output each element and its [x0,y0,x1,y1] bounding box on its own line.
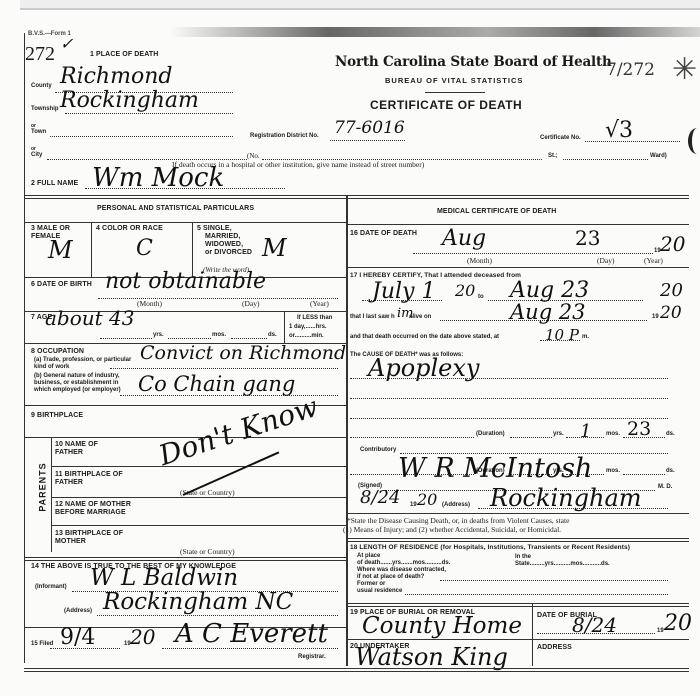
rule [284,311,285,343]
death-month-value: Aug [442,226,486,251]
place-of-death-label: 1 PLACE OF DEATH [90,51,158,58]
certificate-no-label: Certificate No. [540,135,581,141]
where-contracted-label: Where was disease contracted, [357,567,446,573]
rule [346,603,689,607]
less-than-label: If LESS than [289,315,332,321]
race-value: C [136,236,153,261]
city-label: City [31,152,42,158]
medical-section-title: MEDICAL CERTIFICATE OF DEATH [437,208,556,215]
certify-label: 17 I HEREBY CERTIFY, That I attended dec… [350,272,521,279]
marital-label-line: MARRIED, [197,233,252,241]
month-caption: (Month) [467,256,492,265]
rule [346,224,689,225]
county-label: County [31,83,52,89]
township-value: Rockingham [60,88,199,113]
usual-residence-label: usual residence [357,588,402,594]
undertaker-address-label: ADDRESS [537,644,572,651]
death-date-line [413,253,653,254]
mos-label: mos. [606,431,620,437]
informant-value: W L Baldwin [90,565,238,591]
occupation-b-label: (b) General nature of industry, business… [34,373,134,394]
address-line [97,615,338,616]
attended-from-value: July 1 [372,279,435,304]
signed-year-value: 20 [417,490,437,509]
checkmark-icon: ✓ [60,34,73,53]
year-caption: (Year) [644,256,663,265]
contrib-ds-line [623,474,665,475]
cause-line-2 [350,398,668,399]
certificate-title: CERTIFICATE OF DEATH [370,98,522,112]
last-saw-year-value: 20 [660,303,682,323]
in-the-label: In the [515,554,531,560]
marital-label: 5 SINGLE, MARRIED, WIDOWED, or DIVORCED [197,225,252,257]
marital-label-line: 5 SINGLE, [197,225,252,233]
address-label: (Address) [64,608,92,614]
mos-label: mos. [606,468,620,474]
yrs-label: yrs. [153,332,164,338]
attended-to-year: 20 [660,280,683,301]
town-line [50,136,233,137]
township-label: Township [31,106,59,112]
mos-label: mos. [212,332,226,338]
last-saw-date-value: Aug 23 [510,300,586,324]
year-caption: (Year) [310,299,329,308]
last-saw-label: that I last saw h [350,314,395,320]
yrs-label: yrs. [553,431,564,437]
file-number: 272 [25,43,55,66]
occupation-a-value: Convict on Richmond [140,342,346,364]
filed-label: 15 Filed [31,641,53,647]
scan-top-edge [20,0,700,10]
title-rule [425,92,485,93]
ward-line [563,159,648,160]
where-contracted-label-2: if not at place of death? [357,574,424,580]
signed-date-value: 8/24 [360,487,400,508]
ds-label: ds. [666,468,675,474]
rule [51,437,52,552]
ds-line [231,338,267,339]
address-label: (Address) [442,502,470,508]
contributory-label: Contributory [360,447,396,453]
informant-label: (Informant) [35,584,67,590]
less-than-hrs: 1 day,......hrs. [289,324,327,330]
year-prefix: 19 [652,314,659,320]
death-time-label: and that death occurred on the date abov… [350,334,499,340]
death-year-value: 20 [660,232,685,256]
year-prefix: 19 [657,628,664,634]
cause-line-3 [350,418,668,419]
no-label: (No. [247,152,260,160]
former-label: Former or [357,581,385,587]
alive-on-label: alive on [409,314,431,320]
rule [91,222,92,277]
registration-district-value: 77-6016 [334,118,405,138]
mos-line [168,338,211,339]
duration-ds-value: 23 [627,418,651,440]
undertaker-value: Watson King [355,643,508,671]
state-row: State.........yrs..........mos..........… [515,561,610,567]
ds-label: ds. [268,332,277,338]
parents-vertical-label: PARENTS [38,462,48,511]
death-day-value: 23 [575,226,600,250]
scan-smudge [170,27,700,37]
rule [346,668,689,672]
burial-place-value: County Home [362,613,522,639]
rule [346,267,689,268]
ward-label: Ward) [650,153,667,159]
state-or-country-caption: (State or Country) [180,547,235,556]
scribble-mark: ✳ [672,52,697,87]
frame-left [24,33,25,663]
yrs-line [100,338,152,339]
age-value: about 43 [45,306,135,330]
registrar-label: Registrar. [298,654,326,660]
occupation-b-value: Co Chain gang [138,372,295,396]
md-label: M. D. [658,484,672,490]
attended-from-year: 20 [455,281,475,300]
personal-section-title: PERSONAL AND STATISTICAL PARTICULARS [97,205,254,212]
mother-birthplace-label: 13 BIRTHPLACE OF MOTHER [55,530,125,546]
full-name-value: Wm Mock [92,163,224,193]
rule [51,525,346,526]
dob-label: 6 DATE OF BIRTH [31,281,92,288]
duration-mos-value: 1 [580,421,591,442]
district-line [330,140,405,141]
race-label: 4 COLOR OR RACE [96,225,163,232]
board-title: North Carolina State Board of Health [335,54,612,70]
at-place-label: At place [357,553,380,559]
occupation-label: 8 OCCUPATION [31,348,84,355]
date-of-death-label: 16 DATE OF DEATH [350,230,417,237]
parents-dont-know-value: Don't Know [155,390,322,472]
section-rule [24,195,689,199]
usual-residence-line [405,594,668,595]
rule [346,639,689,640]
residence-label: 18 LENGTH OF RESIDENCE (for Hospitals, I… [350,544,630,551]
month-caption: (Month) [137,299,162,308]
registrar-value: A C Everett [175,619,328,649]
rule [24,222,346,223]
father-birthplace-label: 11 BIRTHPLACE OF FATHER [55,471,125,487]
rule [346,513,689,514]
physician-address-value: Rockingham [490,484,642,512]
day-caption: (Day) [597,256,615,265]
county-value: Richmond [60,64,172,89]
where-contracted-line [440,580,668,581]
footnote-line-2: (1) Means of Injury; and (2) whether Acc… [343,525,561,534]
certificate-no-value: √3 [605,118,633,143]
rule [532,604,533,666]
death-time-value: 10 P [545,326,579,344]
burial-date-value: 8/24 [572,613,617,637]
filed-year-value: 20 [130,625,155,649]
rule [51,466,346,467]
day-caption: (Day) [242,299,260,308]
marital-label-line: WIDOWED, [197,241,252,249]
rule [51,497,346,498]
less-than-min: or..........min. [289,333,324,339]
birthplace-label: 9 BIRTHPLACE [31,412,83,419]
ds-label: ds. [666,431,675,437]
dob-line [98,298,338,299]
rule [346,538,689,542]
rule [24,668,346,672]
signed-value: W R McIntosh [398,453,592,484]
rule [24,557,346,561]
scan-edge-mark [688,128,700,154]
footnote-line-1: *State the Disease Causing Death, or, in… [347,516,569,525]
mother-name-label: 12 NAME OF MOTHER BEFORE MARRIAGE [55,501,155,517]
sex-value: M [48,236,73,264]
township-line [65,113,233,114]
bureau-title: BUREAU OF VITAL STATISTICS [385,76,523,85]
st-label: St.; [548,153,558,159]
year-prefix: 19 [410,502,417,508]
town-label: Town [31,129,46,135]
duration-line [350,437,474,438]
to-label: to [478,294,484,300]
full-name-label: 2 FULL NAME [31,180,78,187]
marital-value: M [262,234,287,262]
duration-label: (Duration) [476,431,505,437]
m-label: m. [582,334,589,340]
margin-note: 7/272 [606,60,655,80]
cause-line-1 [350,378,668,379]
occ-a-line [110,368,338,369]
registration-district-label: Registration District No. [250,133,319,139]
duration-yrs-line [510,437,552,438]
filed-date-value: 9/4 [60,625,95,650]
father-name-label: 10 NAME OF FATHER [55,441,115,457]
marital-label-line: or DIVORCED [197,249,252,257]
dob-value: not obtainable [105,269,266,294]
informant-address-value: Rockingham NC [103,589,293,615]
of-death-row: of death.......yrs.......mos..........ds… [357,560,450,566]
burial-year-value: 20 [664,611,692,636]
